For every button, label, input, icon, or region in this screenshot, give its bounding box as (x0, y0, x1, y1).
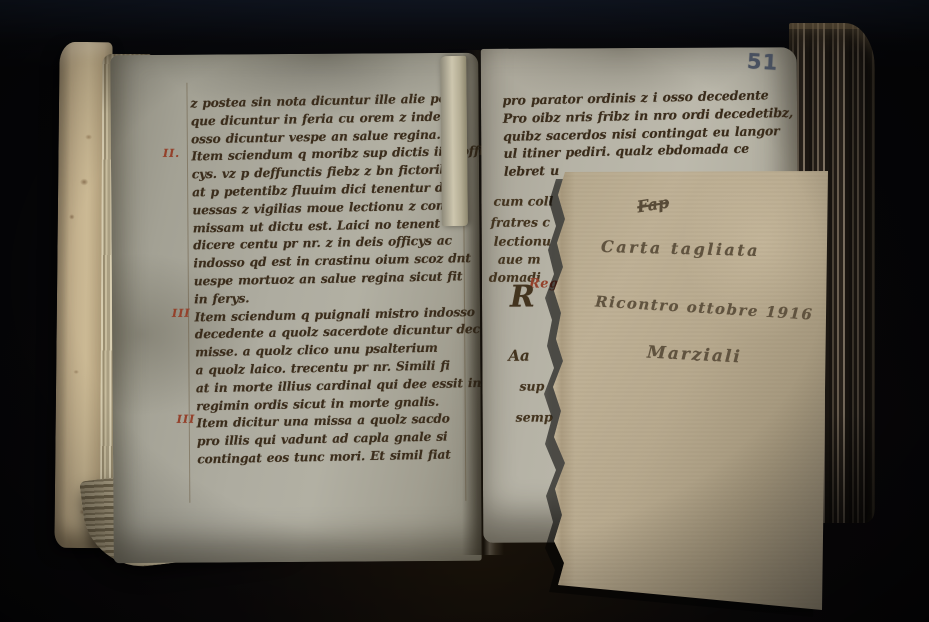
left-manuscript-page: II. III III z postea sin nota dicuntur i… (110, 53, 482, 564)
partial-word: Aa (508, 347, 529, 365)
right-page-text-block: pro parator ordinis z i osso decedente P… (502, 85, 784, 180)
partial-initial: R (510, 283, 535, 313)
partial-line: cum coll (493, 193, 553, 208)
archivist-note-card: Fap Carta tagliata Ricontro ottobre 1916… (545, 163, 837, 615)
ruling-line-left (186, 83, 190, 503)
left-page-text-block: z postea sin nota dicuntur ille alie pce… (190, 89, 475, 468)
rubric-mark: III (172, 307, 191, 320)
partial-line: aue m (498, 252, 541, 267)
card-date-line: Ricontro ottobre 1916 (595, 292, 814, 323)
folded-leaf-edge (440, 56, 468, 226)
partial-word: sup (519, 379, 544, 394)
card-name-line: Marziali (647, 343, 743, 368)
rubric-mark: II. (163, 147, 180, 160)
crossed-out-word: Fap (636, 193, 671, 217)
folio-number: 51 (746, 49, 778, 75)
partial-word: semp (516, 409, 553, 424)
card-title-line: Carta tagliata (601, 237, 761, 260)
rubric-mark: III (177, 413, 196, 426)
manuscript-photo: II. III III z postea sin nota dicuntur i… (0, 0, 929, 622)
partial-line: lectionu (494, 233, 551, 248)
partial-line: fratres c (491, 214, 550, 229)
